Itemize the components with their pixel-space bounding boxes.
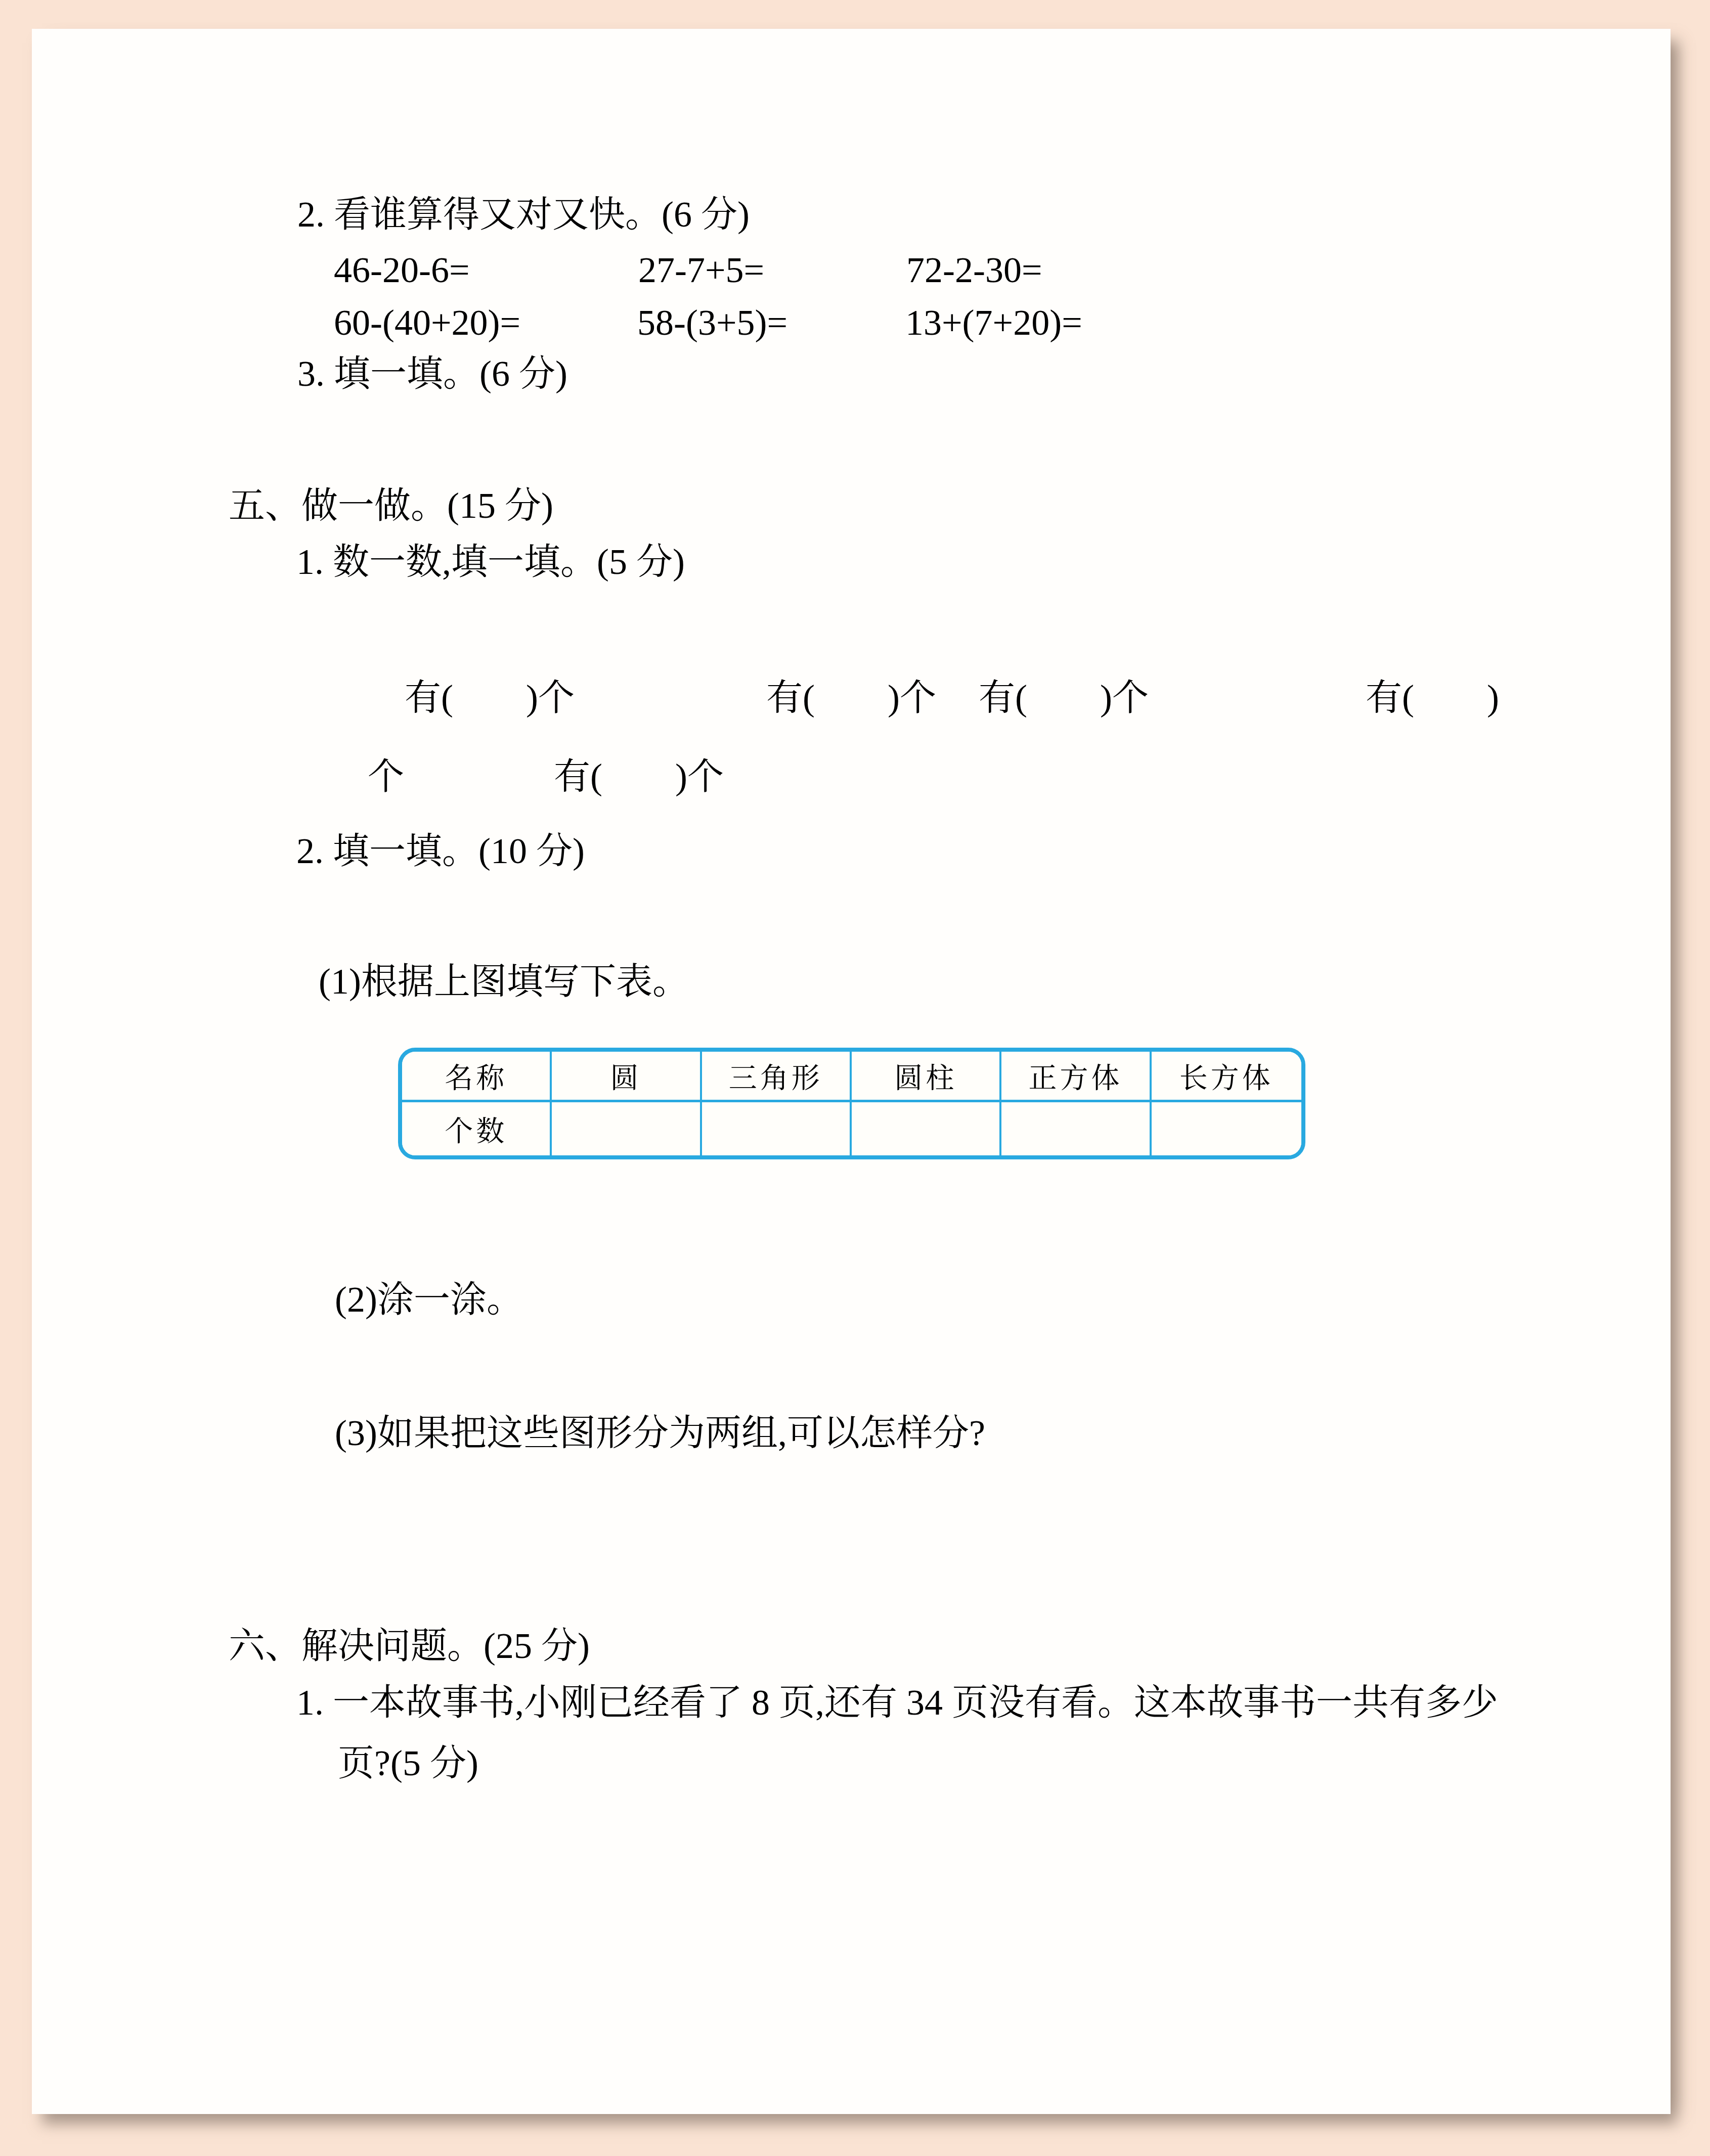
item-3-heading: 3. 填一填。(6 分) [297, 354, 567, 393]
expression-2: 27-7+5= [638, 250, 764, 290]
table-row-label-count: 个数 [402, 1102, 552, 1155]
sub-item-2: (2)涂一涂。 [335, 1280, 523, 1319]
count-blank-3: 有( )个 [979, 678, 1149, 717]
table-header-cube: 正方体 [1001, 1052, 1151, 1102]
expression-4: 60-(40+20)= [334, 303, 520, 342]
table-header-cylinder: 圆柱 [852, 1052, 1001, 1102]
table-cell-empty-5 [1152, 1102, 1301, 1155]
sub-item-1: (1)根据上图填写下表。 [319, 962, 689, 1001]
section-6-item-1-line-2: 页?(5 分) [338, 1743, 478, 1783]
table-cell-empty-3 [852, 1102, 1001, 1155]
table-cell-empty-4 [1001, 1102, 1151, 1155]
sub-item-3: (3)如果把这些图形分为两组,可以怎样分? [335, 1413, 985, 1453]
table-header-circle: 圆 [552, 1052, 701, 1102]
section-5-heading: 五、做一做。(15 分) [229, 486, 553, 525]
table-header-cuboid: 长方体 [1152, 1052, 1301, 1102]
expression-1: 46-20-6= [334, 250, 470, 290]
app-background: { "page": { "colors": { "background": "#… [0, 0, 1710, 2156]
table-cell-empty-2 [702, 1102, 852, 1155]
shapes-count-table: 名称 圆 三角形 圆柱 正方体 长方体 个数 [398, 1048, 1305, 1159]
expression-6: 13+(7+20)= [905, 303, 1082, 342]
section-5-item-2: 2. 填一填。(10 分) [296, 831, 585, 871]
expression-3: 72-2-30= [906, 250, 1042, 290]
section-5-item-1: 1. 数一数,填一填。(5 分) [296, 542, 685, 581]
section-6-item-1-line-1: 1. 一本故事书,小刚已经看了 8 页,还有 34 页没有看。这本故事书一共有多… [296, 1683, 1498, 1722]
count-blank-2: 有( )个 [766, 678, 936, 717]
item-2-heading: 2. 看谁算得又对又快。(6 分) [297, 195, 750, 234]
count-blank-5: 有( )个 [554, 757, 724, 796]
worksheet-page: 2. 看谁算得又对又快。(6 分) 46-20-6= 27-7+5= 72-2-… [32, 29, 1671, 2114]
table-cell-empty-1 [552, 1102, 701, 1155]
table-header-name: 名称 [402, 1052, 552, 1102]
section-6-heading: 六、解决问题。(25 分) [229, 1626, 590, 1666]
count-blank-4-wrap: 个 [368, 757, 404, 796]
table-header-triangle: 三角形 [702, 1052, 852, 1102]
count-blank-4: 有( ) [1366, 678, 1499, 717]
count-blank-1: 有( )个 [405, 678, 575, 717]
expression-5: 58-(3+5)= [637, 303, 787, 342]
